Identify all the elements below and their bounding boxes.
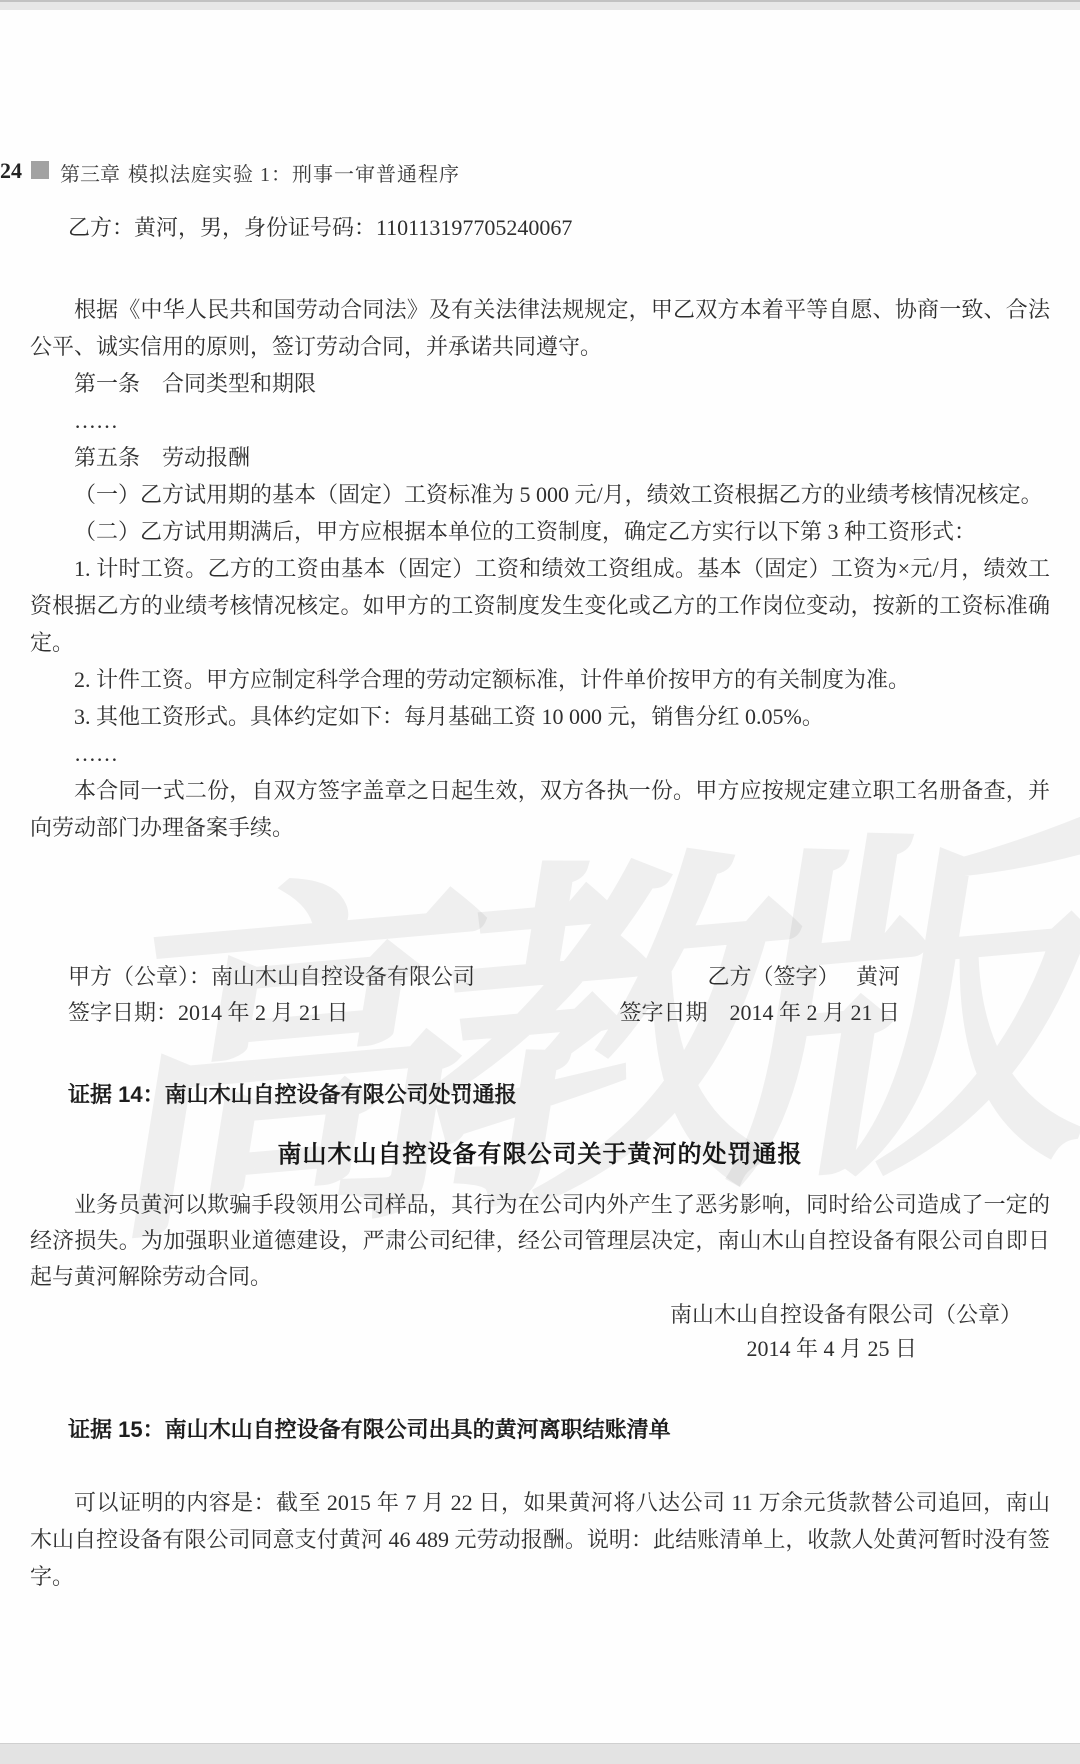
contract-body: 根据《中华人民共和国劳动合同法》及有关法律法规规定，甲乙双方本着平等自愿、协商一… — [30, 291, 1050, 846]
penalty-notice-title: 南山木山自控设备有限公司关于黄河的处罚通报 — [30, 1134, 1050, 1169]
evidence-14-label: 证据 14：南山木山自控设备有限公司处罚通报 — [30, 1078, 1050, 1109]
ellipsis-line: …… — [30, 735, 1050, 772]
viewer-top-edge-bar — [0, 0, 1080, 10]
party-b-signature: 乙方（签字） 黄河 — [707, 962, 1050, 992]
chapter-marker-icon — [31, 161, 49, 179]
penalty-notice-date: 2014 年 4 月 25 日 — [30, 1334, 1050, 1364]
party-a-sign-date: 签字日期：2014 年 2 月 21 日 — [30, 998, 349, 1028]
scanned-document-page: 高教版 24 第三章 模拟法庭实验 1：刑事一审普通程序 乙方：黄河，男，身份证… — [0, 0, 1080, 1764]
article-5-heading: 第五条 劳动报酬 — [30, 439, 1050, 476]
penalty-notice-body-block: 业务员黄河以欺骗手段领用公司样品，其行为在公司内外产生了恶劣影响，同时给公司造成… — [30, 1187, 1050, 1295]
contract-closing-paragraph: 本合同一式二份，自双方签字盖章之日起生效，双方各执一份。甲方应按规定建立职工名册… — [30, 772, 1050, 846]
running-header: 24 第三章 模拟法庭实验 1：刑事一审普通程序 — [0, 158, 1050, 184]
party-b-identity-line: 乙方：黄河，男，身份证号码：110113197705240067 — [30, 213, 1050, 243]
contract-preamble: 根据《中华人民共和国劳动合同法》及有关法律法规规定，甲乙双方本着平等自愿、协商一… — [30, 291, 1050, 365]
article-1-heading: 第一条 合同类型和期限 — [30, 365, 1050, 402]
party-b-sign-date: 签字日期 2014 年 2 月 21 日 — [619, 998, 1050, 1028]
penalty-notice-body: 业务员黄河以欺骗手段领用公司样品，其行为在公司内外产生了恶劣影响，同时给公司造成… — [30, 1187, 1050, 1295]
wage-form-item-3: 3. 其他工资形式。具体约定如下：每月基础工资 10 000 元，销售分红 0.… — [30, 698, 1050, 735]
signature-row-names: 甲方（公章）：南山木山自控设备有限公司 乙方（签字） 黄河 — [30, 962, 1050, 992]
viewer-bottom-edge-bar — [0, 1743, 1080, 1764]
wage-form-item-1: 1. 计时工资。乙方的工资由基本（固定）工资和绩效工资组成。基本（固定）工资为×… — [30, 550, 1050, 661]
chapter-label: 第三章 — [60, 158, 120, 187]
page-number: 24 — [0, 158, 22, 184]
evidence-15-label: 证据 15：南山木山自控设备有限公司出具的黄河离职结账清单 — [30, 1413, 1050, 1444]
wage-clause-1: （一）乙方试用期的基本（固定）工资标准为 5 000 元/月，绩效工资根据乙方的… — [30, 476, 1050, 513]
chapter-title: 模拟法庭实验 1：刑事一审普通程序 — [128, 158, 460, 187]
ellipsis-line: …… — [30, 402, 1050, 439]
party-a-signature: 甲方（公章）：南山木山自控设备有限公司 — [30, 962, 475, 992]
evidence-15-body-block: 可以证明的内容是：截至 2015 年 7 月 22 日，如果黄河将八达公司 11… — [30, 1484, 1050, 1595]
wage-form-item-2: 2. 计件工资。甲方应制定科学合理的劳动定额标准，计件单价按甲方的有关制度为准。 — [30, 661, 1050, 698]
evidence-15-body: 可以证明的内容是：截至 2015 年 7 月 22 日，如果黄河将八达公司 11… — [30, 1484, 1050, 1595]
signature-row-dates: 签字日期：2014 年 2 月 21 日 签字日期 2014 年 2 月 21 … — [30, 998, 1050, 1028]
wage-clause-2: （二）乙方试用期满后，甲方应根据本单位的工资制度，确定乙方实行以下第 3 种工资… — [30, 513, 1050, 550]
penalty-notice-signature: 南山木山自控设备有限公司（公章） — [30, 1300, 1050, 1330]
